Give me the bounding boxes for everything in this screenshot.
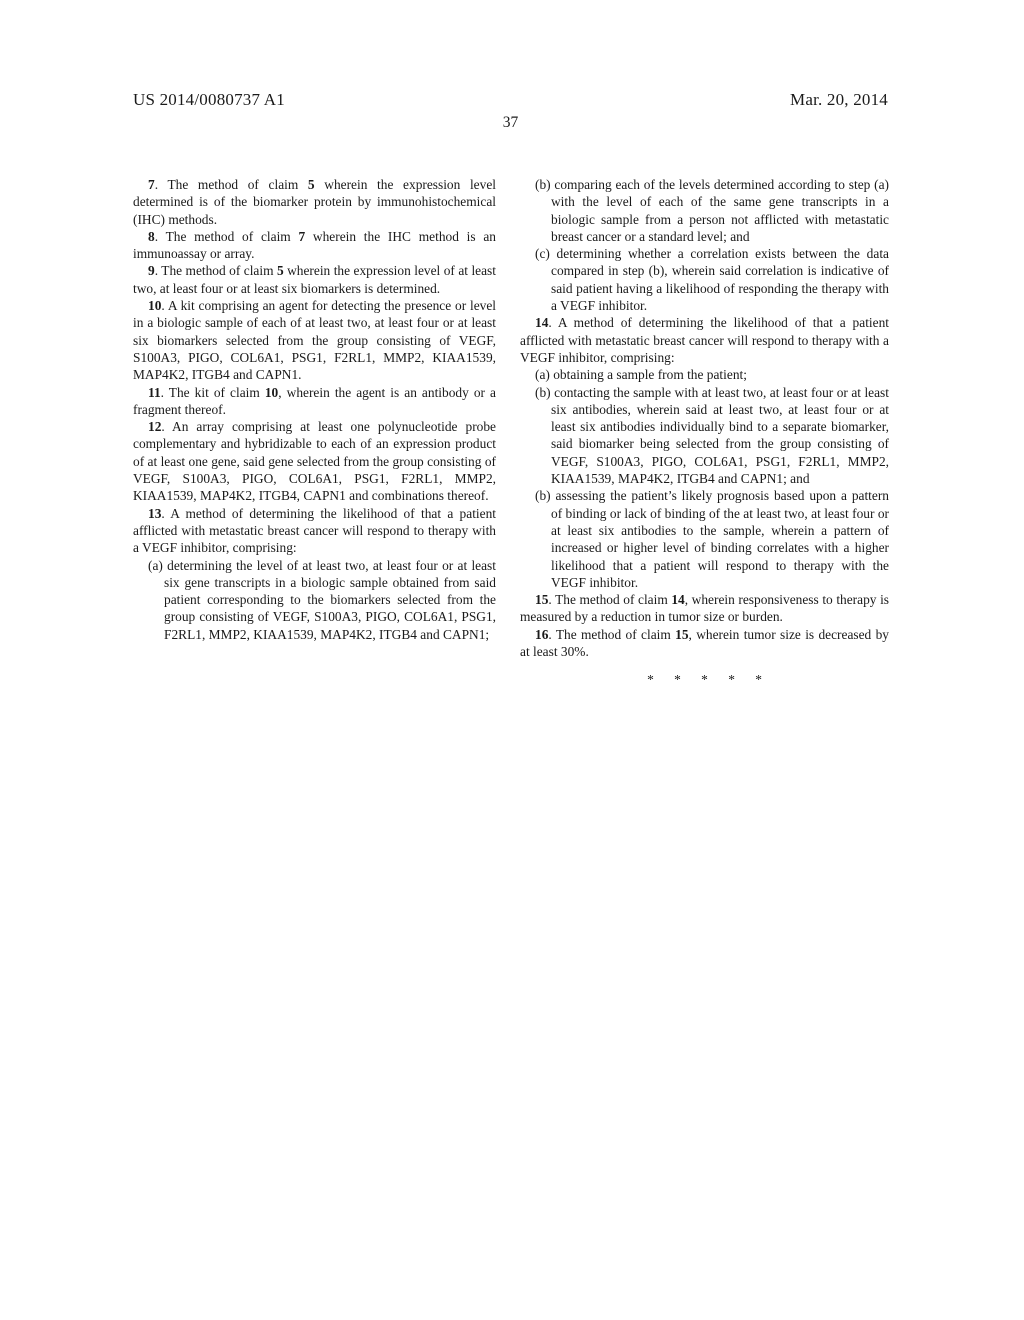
claim-number: 14 (671, 592, 684, 607)
claim-paragraph: 13. A method of determining the likeliho… (133, 505, 496, 557)
claim-number: 5 (277, 263, 284, 278)
claim-paragraph: 8. The method of claim 7 wherein the IHC… (133, 228, 496, 263)
claim-subparagraph: (b) comparing each of the levels determi… (520, 176, 889, 245)
claim-subparagraph: (a) determining the level of at least tw… (133, 557, 496, 643)
claim-text: (c) determining whether a correlation ex… (535, 246, 889, 313)
claim-number: 13 (148, 506, 161, 521)
claim-text: . The method of claim (548, 627, 675, 642)
publication-date: Mar. 20, 2014 (790, 90, 888, 110)
claim-number: 11 (148, 385, 161, 400)
claim-text: . The method of claim (155, 229, 299, 244)
claim-number: 12 (148, 419, 161, 434)
claim-text: (b) assessing the patient’s likely progn… (535, 488, 889, 589)
claim-text: (b) comparing each of the levels determi… (535, 177, 889, 244)
claim-text: . The kit of claim (161, 385, 265, 400)
claim-number: 15 (675, 627, 688, 642)
claim-number: 5 (308, 177, 315, 192)
patent-page: US 2014/0080737 A1 Mar. 20, 2014 37 7. T… (0, 0, 1024, 1320)
page-number: 37 (133, 114, 888, 132)
claim-number: 8 (148, 229, 155, 244)
claim-text: . The method of claim (548, 592, 671, 607)
claim-paragraph: 14. A method of determining the likeliho… (520, 314, 889, 366)
claim-paragraph: 10. A kit comprising an agent for detect… (133, 297, 496, 383)
claim-paragraph: 7. The method of claim 5 wherein the exp… (133, 176, 496, 228)
claim-text: . An array comprising at least one polyn… (133, 419, 496, 503)
claim-text: * * * * * (647, 672, 762, 687)
claims-left-column: 7. The method of claim 5 wherein the exp… (133, 176, 496, 689)
claim-number: 10 (265, 385, 278, 400)
claims-right-column: (b) comparing each of the levels determi… (520, 176, 889, 689)
claim-paragraph: 15. The method of claim 14, wherein resp… (520, 591, 889, 626)
claim-text: . A method of determining the likelihood… (520, 315, 889, 365)
claim-text: . The method of claim (155, 177, 308, 192)
claim-text: . The method of claim (155, 263, 277, 278)
claim-paragraph: 9. The method of claim 5 wherein the exp… (133, 262, 496, 297)
claim-number: 14 (535, 315, 548, 330)
claim-number: 16 (535, 627, 548, 642)
claim-number: 10 (148, 298, 161, 313)
claim-number: 15 (535, 592, 548, 607)
claim-paragraph: 11. The kit of claim 10, wherein the age… (133, 384, 496, 419)
claim-text: (a) obtaining a sample from the patient; (535, 367, 747, 382)
claim-subparagraph: (c) determining whether a correlation ex… (520, 245, 889, 314)
claim-paragraph: 12. An array comprising at least one pol… (133, 418, 496, 504)
page-header: US 2014/0080737 A1 Mar. 20, 2014 (133, 90, 888, 110)
claim-subparagraph: (b) assessing the patient’s likely progn… (520, 487, 889, 591)
claim-subparagraph: (b) contacting the sample with at least … (520, 384, 889, 488)
claim-text: (a) determining the level of at least tw… (148, 558, 496, 642)
claim-text: (b) contacting the sample with at least … (535, 385, 889, 486)
claim-paragraph: 16. The method of claim 15, wherein tumo… (520, 626, 889, 661)
claim-number: 9 (148, 263, 155, 278)
end-of-claims-marks: * * * * * (520, 671, 889, 688)
claims-content: 7. The method of claim 5 wherein the exp… (133, 176, 891, 689)
claim-number: 7 (148, 177, 155, 192)
claim-text: . A kit comprising an agent for detectin… (133, 298, 496, 382)
claim-subparagraph: (a) obtaining a sample from the patient; (520, 366, 889, 383)
publication-number: US 2014/0080737 A1 (133, 90, 285, 110)
claim-text: . A method of determining the likelihood… (133, 506, 496, 556)
